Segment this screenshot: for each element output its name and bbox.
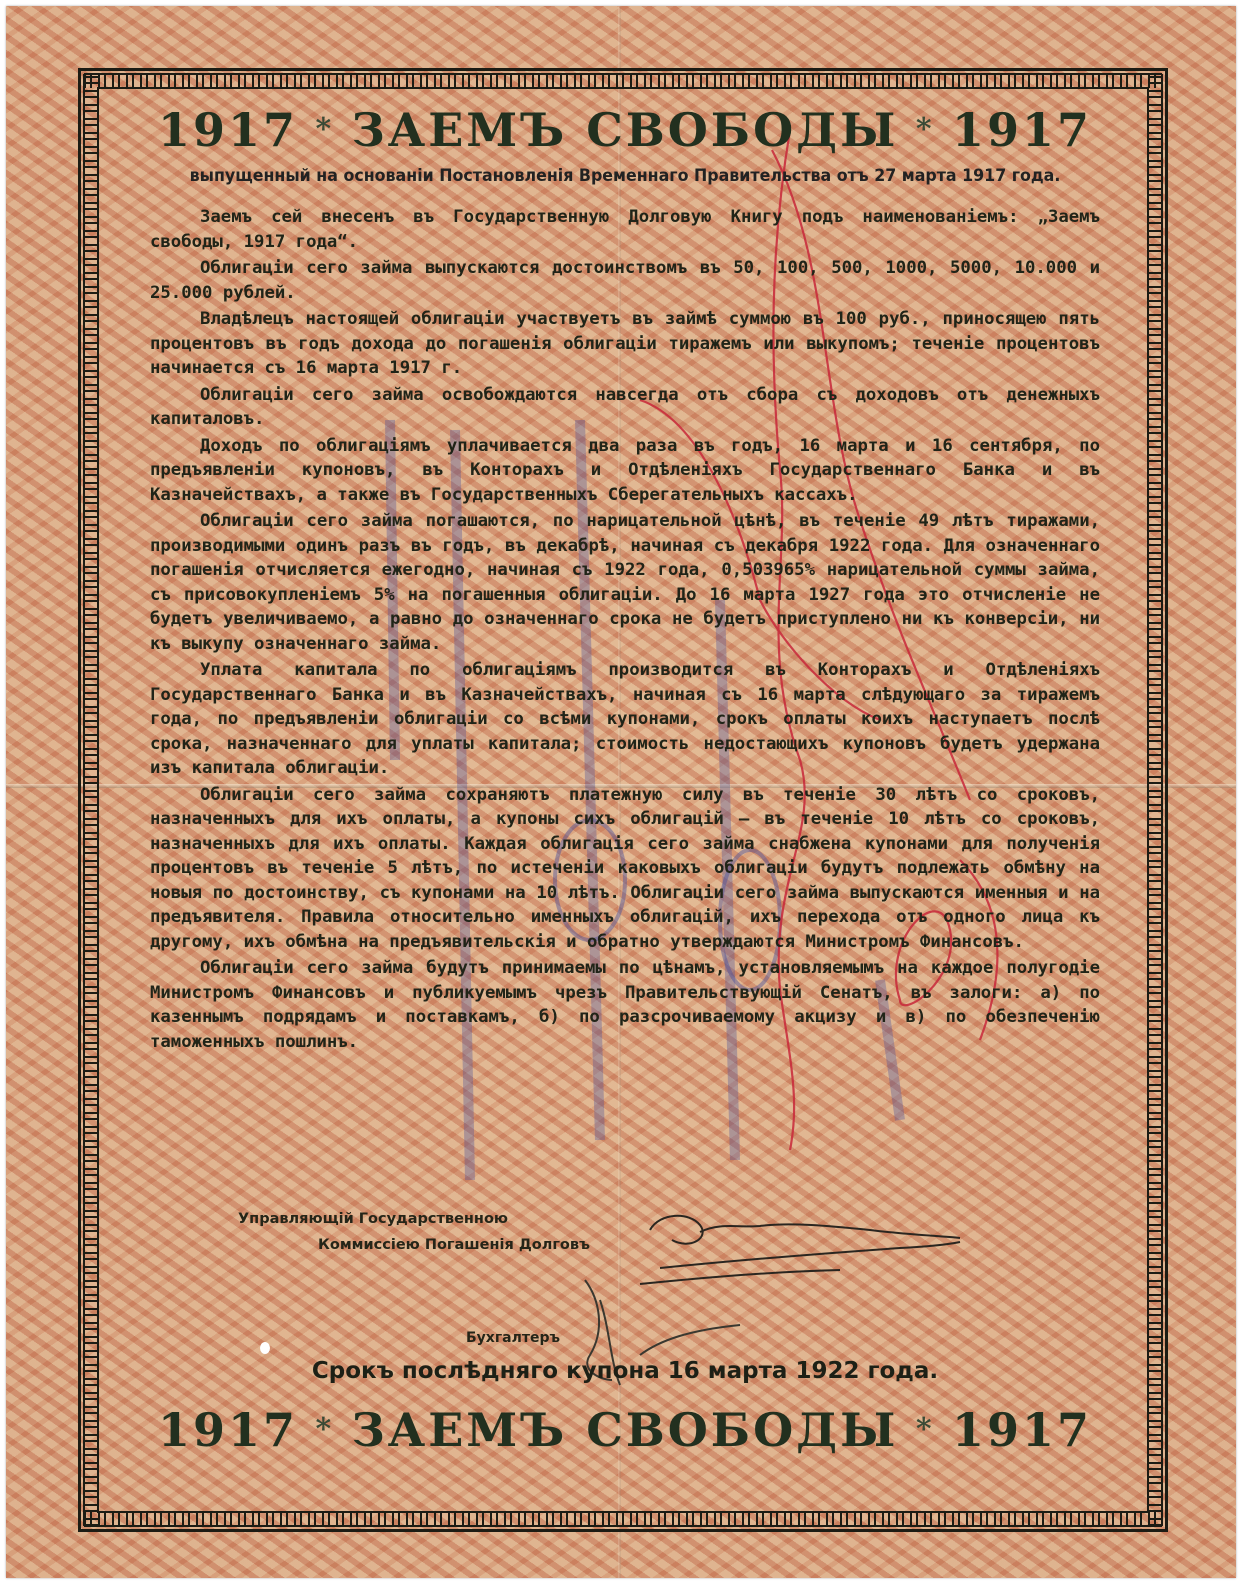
accountant-label: Бухгалтеръ [466, 1330, 560, 1346]
terms-body: Заемъ сей внесенъ въ Государственную Дол… [150, 205, 1100, 1054]
border-meander-left [83, 74, 98, 1526]
star-icon: * [315, 100, 334, 160]
title-year-right: 1917 [952, 100, 1092, 160]
paragraph: Облигацiи сего займа освобождаются навсе… [150, 383, 1100, 432]
punch-hole [260, 1342, 270, 1354]
title-year-right: 1917 [952, 1400, 1092, 1460]
bond-text-area: 1917 * ЗАЕМЪ СВОБОДЫ * 1917 выпущенный н… [150, 100, 1100, 1056]
border-meander-bottom [84, 1512, 1162, 1527]
paragraph: Заемъ сей внесенъ въ Государственную Дол… [150, 205, 1100, 254]
star-icon: * [916, 100, 935, 160]
paragraph: Облигацiи сего займа выпускаются достоин… [150, 256, 1100, 305]
title-year-left: 1917 [158, 1400, 298, 1460]
star-icon: * [315, 1400, 334, 1460]
border-meander-top [84, 73, 1162, 88]
paragraph: Облигацiи сего займа сохраняютъ платежну… [150, 783, 1100, 955]
paragraph: Облигацiи сего займа погашаются, по нари… [150, 509, 1100, 656]
subtitle: выпущенный на основанiи Постановленiя Вр… [169, 166, 1081, 185]
top-title: 1917 * ЗАЕМЪ СВОБОДЫ * 1917 [150, 100, 1100, 160]
title-text: ЗАЕМЪ СВОБОДЫ [352, 1400, 899, 1460]
signatory-line-2: Коммиссiею Погашенiя Долговъ [238, 1232, 590, 1258]
paragraph: Облигацiи сего займа будутъ принимаемы п… [150, 956, 1100, 1054]
star-icon: * [916, 1400, 935, 1460]
title-year-left: 1917 [158, 100, 298, 160]
signatory-line-1: Управляющiй Государственною [238, 1206, 590, 1232]
paragraph: Уплата капитала по облигацiямъ производи… [150, 658, 1100, 781]
paragraph: Доходъ по облигацiямъ уплачивается два р… [150, 434, 1100, 508]
bottom-title: 1917 * ЗАЕМЪ СВОБОДЫ * 1917 [150, 1400, 1100, 1460]
signatory-title: Управляющiй Государственною Коммиссiею П… [238, 1206, 590, 1258]
paragraph: Владѣлецъ настоящей облигацiи участвуетъ… [150, 307, 1100, 381]
last-coupon-term: Срокъ послѣдняго купона 16 марта 1922 го… [150, 1358, 1100, 1384]
title-text: ЗАЕМЪ СВОБОДЫ [352, 100, 899, 160]
border-meander-right [1148, 74, 1163, 1526]
